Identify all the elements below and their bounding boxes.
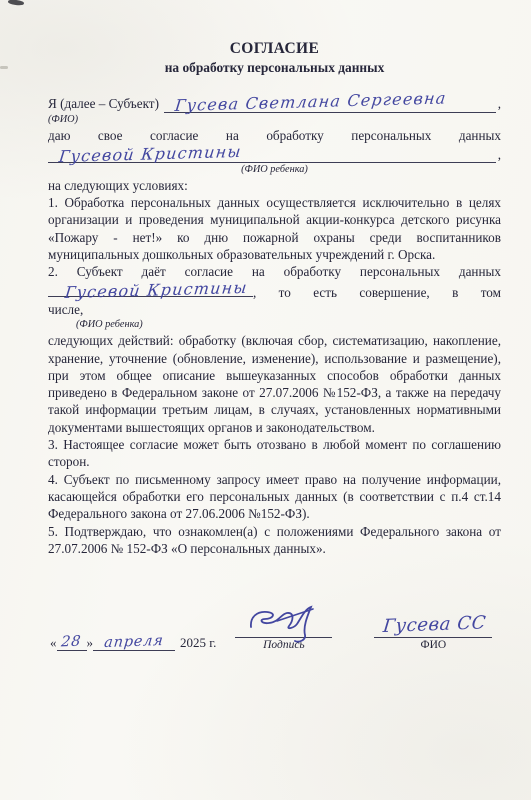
month-blank: апреля <box>93 634 175 651</box>
item-2-after-text: , то есть совершение, в том <box>253 285 501 300</box>
conditions-intro: на следующих условиях: <box>48 177 501 194</box>
signature-blank <box>235 616 332 638</box>
child-name-line: Гусевой Кристины , <box>48 144 501 163</box>
document-subtitle: на обработку персональных данных <box>48 59 501 76</box>
fio-group: Гусева СС ФИО <box>374 616 492 651</box>
subject-name-blank: Гусева Светлана Сергеевна <box>164 94 496 113</box>
fio-blank: Гусева СС <box>374 616 492 638</box>
signature-scribble <box>247 605 325 647</box>
item-2-wrap: числе, <box>48 301 501 318</box>
handwritten-day: 28 <box>60 634 82 654</box>
subject-line: Я (далее – Субъект) Гусева Светлана Серг… <box>48 94 501 113</box>
subject-comma: , <box>496 95 501 112</box>
handwritten-month: апреля <box>103 633 164 654</box>
handwritten-subject-name: Гусева Светлана Сергеевна <box>174 90 448 115</box>
item-2-lead: 2. Субъект даёт согласие на обработку пе… <box>48 263 501 280</box>
handwritten-child-name-2: Гусевой Кристины <box>64 279 249 301</box>
year-text: 2025 г. <box>180 635 216 651</box>
document-body: СОГЛАСИЕ на обработку персональных данны… <box>48 40 501 557</box>
consent-line: даю свое согласие на обработку персональ… <box>48 127 501 144</box>
fio-child-label: (ФИО ребенка) <box>48 163 501 177</box>
item-2-child-name-blank: Гусевой Кристины <box>48 281 253 297</box>
item-5: 5. Подтверждаю, что ознакомлен(а) с поло… <box>48 523 501 558</box>
item-2-continuation: следующих действий: обработку (включая с… <box>48 332 501 436</box>
item-1: 1. Обработка персональных данных осущест… <box>48 194 501 263</box>
day-blank: 28 <box>57 634 87 651</box>
handwritten-fio: Гусева СС <box>382 612 487 637</box>
scan-artifact-speck <box>8 0 24 6</box>
handwritten-child-name: Гусевой Кристины <box>58 142 243 164</box>
fio-child-label-2: (ФИО ребенка) <box>76 318 501 332</box>
scanned-consent-document: СОГЛАСИЕ на обработку персональных данны… <box>0 0 531 800</box>
item-2-blank-line: Гусевой Кристины, то есть совершение, в … <box>48 281 501 301</box>
fio-footer-label: ФИО <box>374 639 492 651</box>
item-4: 4. Субъект по письменному запросу имеет … <box>48 471 501 523</box>
date-line: « 28 » апреля 2025 г. <box>50 634 216 651</box>
document-title: СОГЛАСИЕ <box>48 40 501 57</box>
child-name-comma: , <box>496 146 501 163</box>
subject-prefix: Я (далее – Субъект) <box>48 95 164 112</box>
scan-artifact-dash <box>0 66 8 69</box>
signature-block: « 28 » апреля 2025 г. Подпись Гусева СС … <box>50 616 505 651</box>
item-3: 3. Настоящее согласие может быть отозван… <box>48 436 501 471</box>
signature-group: Подпись <box>235 616 332 651</box>
fio-label: (ФИО) <box>48 113 501 127</box>
child-name-blank: Гусевой Кристины <box>48 144 496 163</box>
